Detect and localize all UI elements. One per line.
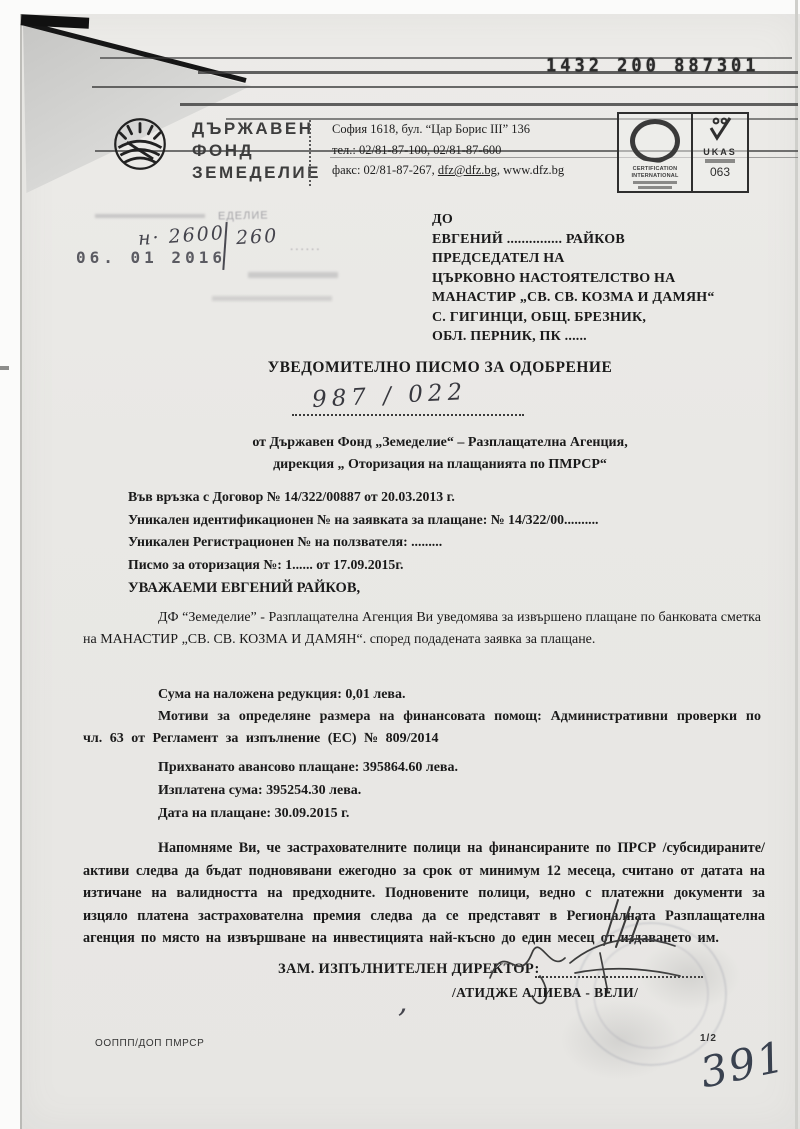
- ukas-label: UKAS: [703, 147, 737, 157]
- cert-line2: INTERNATIONAL: [631, 173, 678, 180]
- org-address: София 1618, бул. “Цар Борис III” 136: [332, 119, 602, 140]
- org-name-line: ДЪРЖАВЕН: [192, 118, 321, 140]
- ref-user-id: Уникален Регистрационен № на ползвателя:…: [128, 531, 778, 554]
- scan-margin-mark: [0, 366, 9, 370]
- org-phone: тел.: 02/81-87-100, 02/81-87-600: [332, 140, 602, 161]
- from-line1: от Държавен Фонд „Земеделие“ – Разплащат…: [140, 432, 740, 454]
- scan-noise: [560, 1000, 680, 1080]
- letter-title: УВЕДОМИТЕЛНО ПИСМО ЗА ОДОБРЕНИЕ: [160, 359, 720, 377]
- advance-line: Прихванато авансово плащане: 395864.60 л…: [158, 757, 458, 780]
- org-web: , www.dfz.bg: [497, 163, 564, 177]
- cert-line1: CERTIFICATION: [631, 166, 678, 173]
- org-fax-email: факс: 02/81-87-267, dfz@dfz.bg, www.dfz.…: [332, 160, 602, 181]
- recipient-line: ЕВГЕНИЙ ............... РАЙКОВ: [432, 230, 792, 250]
- notification-paragraph: ДФ “Земеделие” - Разплащателна Агенция В…: [83, 607, 761, 651]
- recipient-line: ОБЛ. ПЕРНИК, ПК ......: [432, 327, 792, 347]
- ref-authorization: Писмо за оторизация №: 1...... от 17.09.…: [128, 554, 778, 577]
- recipient-line: С. ГИГИНЦИ, ОБЩ. БРЕЗНИК,: [432, 308, 792, 328]
- recipient-line: МАНАСТИР „СВ. СВ. КОЗМА И ДАМЯН“: [432, 288, 792, 308]
- page-right-edge: [795, 0, 798, 1129]
- certification-international-mark: CERTIFICATION INTERNATIONAL: [619, 114, 691, 191]
- header-divider: [309, 120, 311, 186]
- reference-block: Във връзка с Договор № 14/322/00887 от 2…: [128, 486, 778, 576]
- cert-smalltext-bar: [638, 186, 672, 189]
- page-left-edge: [20, 14, 22, 1129]
- org-name-line: ЗЕМЕДЕЛИЕ: [192, 162, 321, 184]
- from-block: от Държавен Фонд „Земеделие“ – Разплащат…: [140, 432, 740, 475]
- scanned-letter-page: 1432 200 887301 ДЪРЖАВЕН ФОНД ЗЕМЕДЕЛИЕ: [0, 0, 800, 1129]
- ref-claim-id: Уникален идентификационен № на заявката …: [128, 509, 778, 532]
- org-name: ДЪРЖАВЕН ФОНД ЗЕМЕДЕЛИЕ: [192, 118, 321, 184]
- scan-noise: [640, 940, 740, 1010]
- registry-dots: ......: [290, 238, 322, 254]
- registry-stamp-smudge: [212, 296, 332, 301]
- ukas-number: 063: [710, 165, 730, 179]
- page-number: 1/2: [700, 1033, 717, 1044]
- ci-ring-icon: [630, 119, 680, 163]
- recipient-block: ДО ЕВГЕНИЙ ............... РАЙКОВ ПРЕДСЕ…: [432, 210, 792, 347]
- tracking-number: 1432 200 887301: [546, 55, 760, 77]
- org-fax: факс: 02/81-87-267,: [332, 163, 438, 177]
- recipient-line: ДО: [432, 210, 792, 230]
- footer-doc-code: ООППП/ДОП ПМРСР: [95, 1038, 204, 1049]
- recipient-line: ЦЪРКОВНО НАСТОЯТЕЛСТВО НА: [432, 269, 792, 289]
- motives-paragraph: Мотиви за определяне размера на финансов…: [83, 706, 761, 750]
- org-email-link[interactable]: dfz@dfz.bg: [438, 163, 497, 177]
- certification-stamp: CERTIFICATION INTERNATIONAL UKAS 063: [617, 112, 749, 193]
- dfz-logo-icon: [112, 116, 168, 172]
- from-line2: дирекция „ Оторизация на плащанията по П…: [140, 454, 740, 476]
- registry-stamp-fragment: ЕДЕЛИЕ: [218, 210, 269, 223]
- signature-comma-stroke: ,: [398, 985, 408, 1020]
- registry-number2-handwritten: 260: [235, 225, 278, 249]
- registry-date-stamp: 06. 01 2016: [76, 248, 226, 267]
- ukas-smalltext-bar: [705, 159, 735, 163]
- payment-date-line: Дата на плащане: 30.09.2015 г.: [158, 803, 349, 826]
- registry-stamp-smudge: [95, 214, 205, 218]
- cert-smalltext-bar: [633, 181, 677, 184]
- org-name-line: ФОНД: [192, 140, 321, 162]
- ukas-mark: UKAS 063: [691, 114, 747, 191]
- ref-contract: Във връзка с Договор № 14/322/00887 от 2…: [128, 486, 778, 509]
- contact-block: София 1618, бул. “Цар Борис III” 136 тел…: [332, 119, 602, 181]
- reduction-line: Сума на наложена редукция: 0,01 лева.: [158, 684, 406, 707]
- scan-streak: [180, 103, 798, 106]
- recipient-line: ПРЕДСЕДАТЕЛ НА: [432, 249, 792, 269]
- registry-stamp-smudge: [248, 272, 338, 278]
- salutation: УВАЖАЕМИ ЕВГЕНИЙ РАЙКОВ,: [128, 577, 360, 600]
- scan-streak: [92, 86, 798, 88]
- paid-sum-line: Изплатена сума: 395254.30 лева.: [158, 780, 361, 803]
- ukas-crown-tick-icon: [707, 116, 733, 146]
